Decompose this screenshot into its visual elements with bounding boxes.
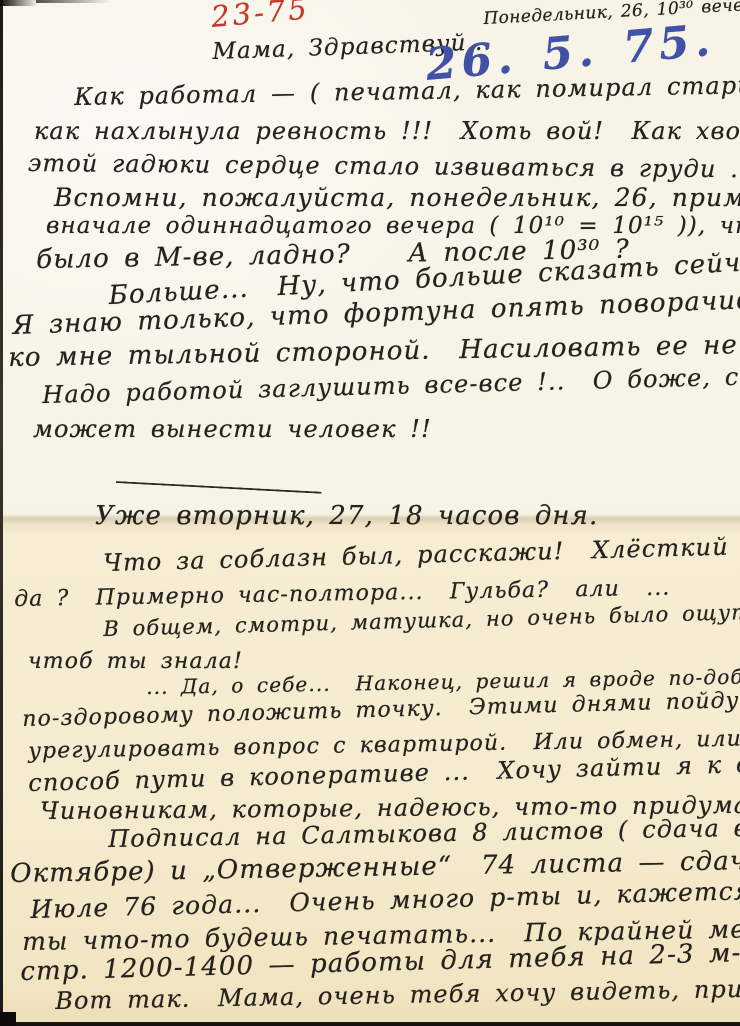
handwritten-line: как нахлынула ревность !!! Хоть вой! Как… bbox=[34, 118, 740, 144]
letter-body: Как работал — ( печатал, как помирал ста… bbox=[0, 0, 740, 1026]
handwritten-line: Уже вторник, 27, 18 часов дня. bbox=[95, 502, 598, 531]
letter-scan: 23-75 Понедельник, 26, 10³⁰ вечера Мама,… bbox=[0, 0, 740, 1026]
handwritten-line: Вспомни, пожалуйста, понедельник, 26, пр… bbox=[54, 184, 740, 212]
handwritten-line: Что за соблазн был, расскажи! Хлёсткий к… bbox=[103, 530, 740, 577]
handwritten-line: может вынести человек !! bbox=[33, 416, 432, 442]
handwritten-line: вначале одиннадцатого вечера ( 10¹⁰ = 10… bbox=[46, 214, 740, 239]
handwritten-line: этой гадюки сердце стало извиваться в гр… bbox=[28, 150, 740, 183]
handwritten-line: Как работал — ( печатал, как помирал ста… bbox=[74, 70, 740, 110]
handwritten-line: чтоб ты знала! bbox=[28, 650, 243, 674]
